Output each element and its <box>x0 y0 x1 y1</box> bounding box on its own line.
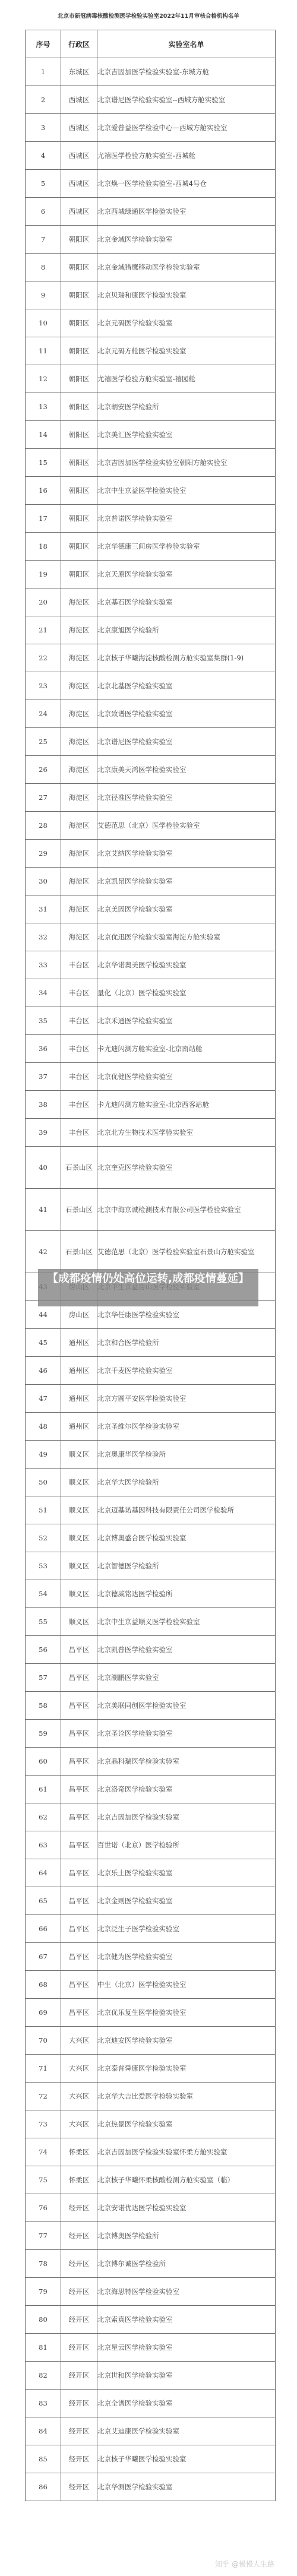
row-number: 12 <box>26 365 61 393</box>
table-row: 83经开区北京全谱医学检验实验室 <box>26 2390 276 2417</box>
row-district: 朝阳区 <box>61 254 97 281</box>
row-number: 15 <box>26 449 61 477</box>
row-number: 25 <box>26 728 61 756</box>
row-lab-name: 尤禧医学检验方舱实验室-禧园舱 <box>97 365 276 393</box>
row-district: 经开区 <box>61 2362 97 2390</box>
row-lab-name: 北京金域医学检验实验室 <box>97 226 276 254</box>
row-number: 41 <box>26 1189 61 1231</box>
row-district: 海淀区 <box>61 728 97 756</box>
row-district: 经开区 <box>61 2334 97 2362</box>
row-number: 52 <box>26 1524 61 1552</box>
row-district: 石景山区 <box>61 1147 97 1189</box>
table-row: 56昌平区北京凯普医学检验实验室 <box>26 1636 276 1664</box>
table-row: 22海淀区北京核子华曦海淀核酸检测方舱实验室集群(1-9) <box>26 644 276 672</box>
row-district: 丰台区 <box>61 1035 97 1063</box>
row-district: 海淀区 <box>61 588 97 616</box>
table-row: 58昌平区北京美联同创医学检验实验室 <box>26 1692 276 1720</box>
row-number: 54 <box>26 1580 61 1608</box>
row-lab-name: 北京贝瑞和康医学检验实验室 <box>97 281 276 309</box>
column-header-district: 行政区 <box>61 30 97 58</box>
row-lab-name: 北京元码医学检验实验室 <box>97 309 276 337</box>
row-lab-name: 北京方圆平安医学检验实验室 <box>97 1385 276 1413</box>
row-lab-name: 卡尤迪闪测方舱实验室-北京南站舱 <box>97 1035 276 1063</box>
row-district: 经开区 <box>61 2222 97 2250</box>
row-lab-name: 北京美汇医学检验实验室 <box>97 421 276 449</box>
table-row: 72大兴区北京华大吉比爱医学检验实验室 <box>26 2083 276 2110</box>
row-lab-name: 北京元码方舱医学检验实验室 <box>97 337 276 365</box>
row-number: 53 <box>26 1552 61 1580</box>
row-district: 海淀区 <box>61 812 97 840</box>
row-lab-name: 北京康美天鸿医学检验实验室 <box>97 756 276 784</box>
row-number: 32 <box>26 923 61 951</box>
row-number: 66 <box>26 1915 61 1943</box>
row-lab-name: 北京金域猎鹰移动医学检验实验室 <box>97 254 276 281</box>
row-district: 昌平区 <box>61 1915 97 1943</box>
row-lab-name: 北京吉因加医学检验实验室-东城方舱 <box>97 58 276 86</box>
table-row: 20海淀区北京基石医学检验实验室 <box>26 588 276 616</box>
row-number: 61 <box>26 1776 61 1803</box>
row-lab-name: 北京圣诠医学检验实验室 <box>97 1720 276 1748</box>
row-number: 22 <box>26 644 61 672</box>
row-lab-name: 北京谱尼医学检验实验室--西城方舱实验室 <box>97 86 276 114</box>
row-number: 57 <box>26 1664 61 1692</box>
table-row: 13朝阳区北京朝安医学检验所 <box>26 393 276 421</box>
row-number: 70 <box>26 2027 61 2055</box>
table-row: 25海淀区北京谱尼医学检验实验室 <box>26 728 276 756</box>
row-number: 42 <box>26 1231 61 1273</box>
table-row: 36丰台区卡尤迪闪测方舱实验室-北京南站舱 <box>26 1035 276 1063</box>
row-number: 27 <box>26 784 61 812</box>
row-district: 朝阳区 <box>61 561 97 588</box>
table-row: 7朝阳区北京金域医学检验实验室 <box>26 226 276 254</box>
row-number: 1 <box>26 58 61 86</box>
row-lab-name: 北京中生京益医学检验实验室 <box>97 477 276 505</box>
row-lab-name: 北京圣维尔医学检验实验室 <box>97 1413 276 1441</box>
row-district: 经开区 <box>61 2306 97 2334</box>
row-lab-name: 北京智德医学检验所 <box>97 1552 276 1580</box>
lab-list-table: 序号 行政区 实验室名单 1东城区北京吉因加医学检验实验室-东城方舱2西城区北京… <box>25 30 276 2501</box>
row-lab-name: 北京和合医学检验所 <box>97 1329 276 1357</box>
table-row: 23海淀区北京北基医学检验实验室 <box>26 672 276 700</box>
row-number: 35 <box>26 1007 61 1035</box>
row-district: 朝阳区 <box>61 226 97 254</box>
row-lab-name: 北京谱尼医学检验实验室 <box>97 728 276 756</box>
row-number: 20 <box>26 588 61 616</box>
row-district: 西城区 <box>61 198 97 226</box>
row-district: 石景山区 <box>61 1231 97 1273</box>
table-row: 78经开区北京博尔诚医学检验所 <box>26 2250 276 2278</box>
row-district: 朝阳区 <box>61 309 97 337</box>
table-row: 66昌平区北京泛生子医学检验实验室 <box>26 1915 276 1943</box>
row-district: 海淀区 <box>61 700 97 728</box>
row-lab-name: 北京西城绿通医学检验实验室 <box>97 198 276 226</box>
row-district: 西城区 <box>61 114 97 142</box>
row-district: 昌平区 <box>61 1887 97 1915</box>
row-district: 朝阳区 <box>61 421 97 449</box>
row-number: 84 <box>26 2417 61 2445</box>
row-number: 9 <box>26 281 61 309</box>
row-number: 82 <box>26 2362 61 2390</box>
table-row: 29海淀区北京艾纳医学检验实验室 <box>26 840 276 868</box>
table-row: 86经开区北京华测医学检验实验室 <box>26 2473 276 2501</box>
table-row: 52顺义区北京博奥盛合医学检验实验室 <box>26 1524 276 1552</box>
table-row: 49顺义区北京奥康华医学检验所 <box>26 1441 276 1469</box>
row-lab-name: 北京吉因加医学检验实验室朝阳方舱实验室 <box>97 449 276 477</box>
row-lab-name: 北京乐土医学检验实验室 <box>97 1859 276 1887</box>
table-row: 85经开区北京核子华曦医学检验实验室 <box>26 2445 276 2473</box>
row-district: 西城区 <box>61 86 97 114</box>
row-number: 2 <box>26 86 61 114</box>
row-lab-name: 北京博尔诚医学检验所 <box>97 2250 276 2278</box>
row-district: 朝阳区 <box>61 533 97 561</box>
table-row: 8朝阳区北京金域猎鹰移动医学检验实验室 <box>26 254 276 281</box>
row-number: 38 <box>26 1091 61 1119</box>
row-lab-name: 北京核子华曦怀柔核酸检测方舱实验室（临） <box>97 2166 276 2194</box>
row-lab-name: 北京千麦医学检验实验室 <box>97 1357 276 1385</box>
row-district: 海淀区 <box>61 756 97 784</box>
row-number: 59 <box>26 1720 61 1748</box>
table-row: 16朝阳区北京中生京益医学检验实验室 <box>26 477 276 505</box>
table-row: 12朝阳区尤禧医学检验方舱实验室-禧园舱 <box>26 365 276 393</box>
row-number: 18 <box>26 533 61 561</box>
row-number: 71 <box>26 2055 61 2083</box>
row-district: 东城区 <box>61 58 97 86</box>
table-row: 3西城区北京爱普益医学检验中心—西城方舱实验室 <box>26 114 276 142</box>
row-district: 石景山区 <box>61 1189 97 1231</box>
row-lab-name: 北京凯昂医学检验实验室 <box>97 868 276 895</box>
table-row: 18朝阳区北京华德康三间房医学检验实验室 <box>26 533 276 561</box>
row-district: 海淀区 <box>61 784 97 812</box>
table-row: 5西城区北京焕一医学检验实验室-西城4号仓 <box>26 170 276 198</box>
row-district: 大兴区 <box>61 2055 97 2083</box>
row-district: 经开区 <box>61 2194 97 2222</box>
table-row: 73大兴区北京热景医学检验实验室 <box>26 2110 276 2138</box>
table-row: 75怀柔区北京核子华曦怀柔核酸检测方舱实验室（临） <box>26 2166 276 2194</box>
row-district: 昌平区 <box>61 1692 97 1720</box>
row-district: 通州区 <box>61 1357 97 1385</box>
table-row: 50顺义区北京华大医学检验所 <box>26 1469 276 1496</box>
row-district: 朝阳区 <box>61 393 97 421</box>
row-district: 顺义区 <box>61 1580 97 1608</box>
row-district: 经开区 <box>61 2278 97 2306</box>
table-row: 15朝阳区北京吉因加医学检验实验室朝阳方舱实验室 <box>26 449 276 477</box>
row-district: 通州区 <box>61 1329 97 1357</box>
table-row: 81经开区北京星云医学检验实验室 <box>26 2334 276 2362</box>
row-lab-name: 北京热景医学检验实验室 <box>97 2110 276 2138</box>
row-number: 77 <box>26 2222 61 2250</box>
row-number: 75 <box>26 2166 61 2194</box>
row-district: 昌平区 <box>61 1776 97 1803</box>
table-row: 37丰台区北京优健医学检验实验室 <box>26 1063 276 1091</box>
table-row: 48通州区北京圣维尔医学检验实验室 <box>26 1413 276 1441</box>
row-number: 17 <box>26 505 61 533</box>
row-district: 经开区 <box>61 2473 97 2501</box>
table-row: 64昌平区北京乐土医学检验实验室 <box>26 1859 276 1887</box>
row-number: 34 <box>26 979 61 1007</box>
row-number: 47 <box>26 1385 61 1413</box>
row-number: 3 <box>26 114 61 142</box>
row-number: 64 <box>26 1859 61 1887</box>
row-district: 大兴区 <box>61 2027 97 2055</box>
row-number: 45 <box>26 1329 61 1357</box>
row-district: 昌平区 <box>61 1831 97 1859</box>
row-lab-name: 北京基石医学检验实验室 <box>97 588 276 616</box>
table-row: 45通州区北京和合医学检验所 <box>26 1329 276 1357</box>
row-lab-name: 北京核子华曦海淀核酸检测方舱实验室集群(1-9) <box>97 644 276 672</box>
row-lab-name: 北京康旭医学检验所 <box>97 616 276 644</box>
row-lab-name: 北京华测医学检验实验室 <box>97 2473 276 2501</box>
table-row: 51顺义区北京迈基诺基因科技有限责任公司医学检验所 <box>26 1496 276 1524</box>
row-lab-name: 北京凯普医学检验实验室 <box>97 1636 276 1664</box>
row-district: 丰台区 <box>61 1119 97 1147</box>
row-lab-name: 卡尤迪闪测方舱实验室-北京西客站舱 <box>97 1091 276 1119</box>
row-district: 昌平区 <box>61 1971 97 1999</box>
table-row: 71大兴区北京泰普舜康医学检验实验室 <box>26 2055 276 2083</box>
row-lab-name: 北京优健医学检验实验室 <box>97 1063 276 1091</box>
table-row: 6西城区北京西城绿通医学检验实验室 <box>26 198 276 226</box>
row-number: 51 <box>26 1496 61 1524</box>
source-watermark: 知乎 @慢慢人生路 <box>215 2559 274 2569</box>
row-district: 昌平区 <box>61 1999 97 2027</box>
row-number: 30 <box>26 868 61 895</box>
row-lab-name: 北京致谱医学检验实验室 <box>97 700 276 728</box>
row-number: 36 <box>26 1035 61 1063</box>
table-row: 28海淀区艾德范思（北京）医学检验实验室 <box>26 812 276 840</box>
article-caption-overlay: 【成都疫情仍处高位运转,成都疫情蔓延】 <box>38 1269 258 1306</box>
table-row: 17朝阳区北京普诺医学检验实验室 <box>26 505 276 533</box>
row-district: 怀柔区 <box>61 2166 97 2194</box>
row-number: 85 <box>26 2445 61 2473</box>
row-number: 26 <box>26 756 61 784</box>
row-number: 86 <box>26 2473 61 2501</box>
table-row: 65昌平区北京金则医学检验实验室 <box>26 1887 276 1915</box>
row-number: 68 <box>26 1971 61 1999</box>
row-lab-name: 北京奎克医学检验实验室 <box>97 1147 276 1189</box>
row-lab-name: 中生（北京）医学检验实验室 <box>97 1971 276 1999</box>
row-lab-name: 艾德范思（北京）医学检验实验室石景山方舱实验室 <box>97 1231 276 1273</box>
table-row: 60昌平区北京晶科瑞医学检验实验室 <box>26 1748 276 1776</box>
column-header-number: 序号 <box>26 30 61 58</box>
row-number: 23 <box>26 672 61 700</box>
table-row: 10朝阳区北京元码医学检验实验室 <box>26 309 276 337</box>
row-lab-name: 北京泰普舜康医学检验实验室 <box>97 2055 276 2083</box>
row-number: 11 <box>26 337 61 365</box>
row-number: 83 <box>26 2390 61 2417</box>
table-row: 69昌平区北京优乐复生医学检验实验室 <box>26 1999 276 2027</box>
row-district: 顺义区 <box>61 1552 97 1580</box>
row-lab-name: 北京北基医学检验实验室 <box>97 672 276 700</box>
row-lab-name: 北京洛奇医学检验实验室 <box>97 1776 276 1803</box>
row-number: 65 <box>26 1887 61 1915</box>
row-district: 昌平区 <box>61 1748 97 1776</box>
row-number: 46 <box>26 1357 61 1385</box>
row-lab-name: 北京天原医学检验实验室 <box>97 561 276 588</box>
row-lab-name: 北京潮鹏医学实验室 <box>97 1664 276 1692</box>
row-district: 丰台区 <box>61 1091 97 1119</box>
table-row: 62昌平区北京吉因加医学检验实验室 <box>26 1803 276 1831</box>
row-number: 80 <box>26 2306 61 2334</box>
row-number: 63 <box>26 1831 61 1859</box>
row-lab-name: 北京华诺奥美医学检验实验室 <box>97 951 276 979</box>
document-title: 北京市新冠病毒核酸检测医学检验实验室2022年11月审核合格机构名单 <box>0 11 297 20</box>
row-lab-name: 北京博奥盛合医学检验实验室 <box>97 1524 276 1552</box>
row-district: 顺义区 <box>61 1608 97 1636</box>
table-row: 59昌平区北京圣诠医学检验实验室 <box>26 1720 276 1748</box>
table-row: 11朝阳区北京元码方舱医学检验实验室 <box>26 337 276 365</box>
row-number: 13 <box>26 393 61 421</box>
table-row: 34丰台区量化（北京）医学检验实验室 <box>26 979 276 1007</box>
row-lab-name: 北京艾纳医学检验实验室 <box>97 840 276 868</box>
row-lab-name: 北京安诺优达医学检验实验室 <box>97 2194 276 2222</box>
row-lab-name: 北京焕一医学检验实验室-西城4号仓 <box>97 170 276 198</box>
table-row: 21海淀区北京康旭医学检验所 <box>26 616 276 644</box>
row-district: 经开区 <box>61 2250 97 2278</box>
row-lab-name: 量化（北京）医学检验实验室 <box>97 979 276 1007</box>
row-number: 69 <box>26 1999 61 2027</box>
row-district: 经开区 <box>61 2417 97 2445</box>
row-district: 顺义区 <box>61 1441 97 1469</box>
row-lab-name: 北京全谱医学检验实验室 <box>97 2390 276 2417</box>
row-district: 朝阳区 <box>61 477 97 505</box>
row-lab-name: 北京核子华曦医学检验实验室 <box>97 2445 276 2473</box>
table-row: 79经开区北京海思特医学检验实验室 <box>26 2278 276 2306</box>
table-row: 76经开区北京安诺优达医学检验实验室 <box>26 2194 276 2222</box>
row-number: 28 <box>26 812 61 840</box>
row-number: 19 <box>26 561 61 588</box>
row-lab-name: 北京优乐复生医学检验实验室 <box>97 1999 276 2027</box>
table-row: 38丰台区卡尤迪闪测方舱实验室-北京西客站舱 <box>26 1091 276 1119</box>
row-district: 海淀区 <box>61 616 97 644</box>
table-row: 24海淀区北京致谱医学检验实验室 <box>26 700 276 728</box>
row-district: 通州区 <box>61 1413 97 1441</box>
row-lab-name: 北京世和医学检验实验室 <box>97 2362 276 2390</box>
row-lab-name: 百世诺（北京）医学检验所 <box>97 1831 276 1859</box>
row-lab-name: 北京朝安医学检验所 <box>97 393 276 421</box>
row-number: 40 <box>26 1147 61 1189</box>
row-number: 24 <box>26 700 61 728</box>
table-row: 77经开区北京博奥医学检验所 <box>26 2222 276 2250</box>
row-district: 丰台区 <box>61 979 97 1007</box>
table-row: 67昌平区北京健为医学检验实验室 <box>26 1943 276 1971</box>
row-lab-name: 北京吉因加医学检验实验室 <box>97 1803 276 1831</box>
row-district: 昌平区 <box>61 1720 97 1748</box>
row-number: 73 <box>26 2110 61 2138</box>
row-number: 4 <box>26 142 61 170</box>
table-row: 82经开区北京世和医学检验实验室 <box>26 2362 276 2390</box>
row-lab-name: 北京索真医学检验实验室 <box>97 2306 276 2334</box>
row-lab-name: 北京爱普益医学检验中心—西城方舱实验室 <box>97 114 276 142</box>
row-lab-name: 北京海思特医学检验实验室 <box>97 2278 276 2306</box>
table-row: 19朝阳区北京天原医学检验实验室 <box>26 561 276 588</box>
row-district: 通州区 <box>61 1385 97 1413</box>
row-district: 顺义区 <box>61 1496 97 1524</box>
row-number: 78 <box>26 2250 61 2278</box>
row-lab-name: 北京华大吉比爱医学检验实验室 <box>97 2083 276 2110</box>
table-row: 41石景山区北京中海京诚检测技术有限公司医学检验实验室 <box>26 1189 276 1231</box>
row-district: 朝阳区 <box>61 337 97 365</box>
row-district: 昌平区 <box>61 1664 97 1692</box>
row-number: 55 <box>26 1608 61 1636</box>
row-number: 79 <box>26 2278 61 2306</box>
row-district: 朝阳区 <box>61 505 97 533</box>
column-header-lab-name: 实验室名单 <box>97 30 276 58</box>
row-district: 海淀区 <box>61 644 97 672</box>
row-district: 朝阳区 <box>61 365 97 393</box>
row-number: 60 <box>26 1748 61 1776</box>
row-lab-name: 北京中海京诚检测技术有限公司医学检验实验室 <box>97 1189 276 1231</box>
table-row: 31海淀区北京美因医学检验实验室 <box>26 895 276 923</box>
row-lab-name: 北京金则医学检验实验室 <box>97 1887 276 1915</box>
row-number: 10 <box>26 309 61 337</box>
row-district: 朝阳区 <box>61 449 97 477</box>
row-number: 72 <box>26 2083 61 2110</box>
table-row: 53顺义区北京智德医学检验所 <box>26 1552 276 1580</box>
row-district: 昌平区 <box>61 1943 97 1971</box>
row-number: 7 <box>26 226 61 254</box>
row-number: 56 <box>26 1636 61 1664</box>
row-number: 31 <box>26 895 61 923</box>
row-district: 经开区 <box>61 2390 97 2417</box>
table-row: 2西城区北京谱尼医学检验实验室--西城方舱实验室 <box>26 86 276 114</box>
table-header-row: 序号 行政区 实验室名单 <box>26 30 276 58</box>
row-number: 48 <box>26 1413 61 1441</box>
table-row: 42石景山区艾德范思（北京）医学检验实验室石景山方舱实验室 <box>26 1231 276 1273</box>
row-lab-name: 北京美因医学检验实验室 <box>97 895 276 923</box>
row-number: 33 <box>26 951 61 979</box>
table-row: 74怀柔区北京吉因加医学检验实验室怀柔方舱实验室 <box>26 2138 276 2166</box>
row-lab-name: 北京奥康华医学检验所 <box>97 1441 276 1469</box>
row-lab-name: 北京华大医学检验所 <box>97 1469 276 1496</box>
row-lab-name: 北京优迅医学检验实验室海淀方舱实验室 <box>97 923 276 951</box>
row-lab-name: 北京晶科瑞医学检验实验室 <box>97 1748 276 1776</box>
row-lab-name: 北京迈基诺基因科技有限责任公司医学检验所 <box>97 1496 276 1524</box>
table-row: 84经开区北京艾迪康医学检验实验室 <box>26 2417 276 2445</box>
row-lab-name: 艾德范思（北京）医学检验实验室 <box>97 812 276 840</box>
row-district: 西城区 <box>61 142 97 170</box>
row-lab-name: 北京星云医学检验实验室 <box>97 2334 276 2362</box>
table-row: 63昌平区百世诺（北京）医学检验所 <box>26 1831 276 1859</box>
row-district: 怀柔区 <box>61 2138 97 2166</box>
table-row: 9朝阳区北京贝瑞和康医学检验实验室 <box>26 281 276 309</box>
row-district: 昌平区 <box>61 1859 97 1887</box>
row-district: 大兴区 <box>61 2083 97 2110</box>
row-number: 14 <box>26 421 61 449</box>
row-lab-name: 北京吉因加医学检验实验室怀柔方舱实验室 <box>97 2138 276 2166</box>
table-row: 33丰台区北京华诺奥美医学检验实验室 <box>26 951 276 979</box>
row-lab-name: 北京博奥医学检验所 <box>97 2222 276 2250</box>
row-lab-name: 北京健为医学检验实验室 <box>97 1943 276 1971</box>
row-number: 67 <box>26 1943 61 1971</box>
row-district: 经开区 <box>61 2445 97 2473</box>
row-lab-name: 北京泛生子医学检验实验室 <box>97 1915 276 1943</box>
row-lab-name: 北京艾迪康医学检验实验室 <box>97 2417 276 2445</box>
table-row: 4西城区尤禧医学检验方舱实验室-西城舱 <box>26 142 276 170</box>
row-number: 62 <box>26 1803 61 1831</box>
row-district: 海淀区 <box>61 895 97 923</box>
table-row: 55顺义区北京中生京益顺义医学检验实验室 <box>26 1608 276 1636</box>
table-row: 30海淀区北京凯昂医学检验实验室 <box>26 868 276 895</box>
row-number: 81 <box>26 2334 61 2362</box>
row-lab-name: 尤禧医学检验方舱实验室-西城舱 <box>97 142 276 170</box>
row-number: 50 <box>26 1469 61 1496</box>
row-district: 海淀区 <box>61 923 97 951</box>
row-number: 39 <box>26 1119 61 1147</box>
row-district: 顺义区 <box>61 1524 97 1552</box>
row-number: 29 <box>26 840 61 868</box>
row-number: 49 <box>26 1441 61 1469</box>
row-lab-name: 北京华德康三间房医学检验实验室 <box>97 533 276 561</box>
row-lab-name: 北京德威铭达医学检验所 <box>97 1580 276 1608</box>
